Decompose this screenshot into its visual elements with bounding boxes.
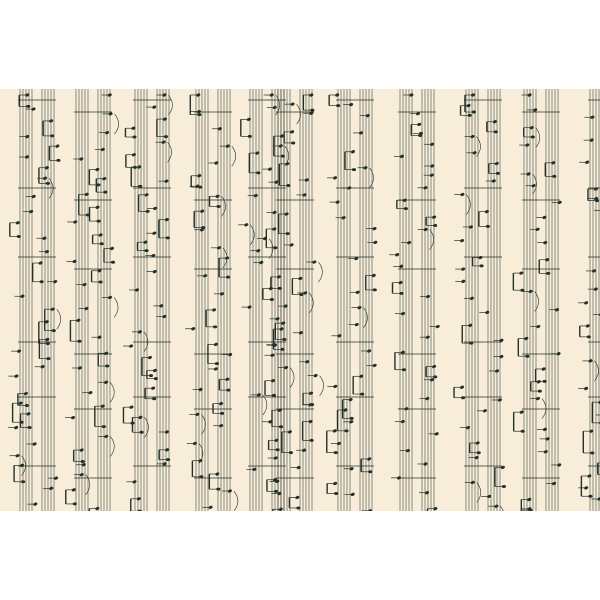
sheet-music-paper xyxy=(0,89,600,511)
music-notation xyxy=(0,89,600,511)
